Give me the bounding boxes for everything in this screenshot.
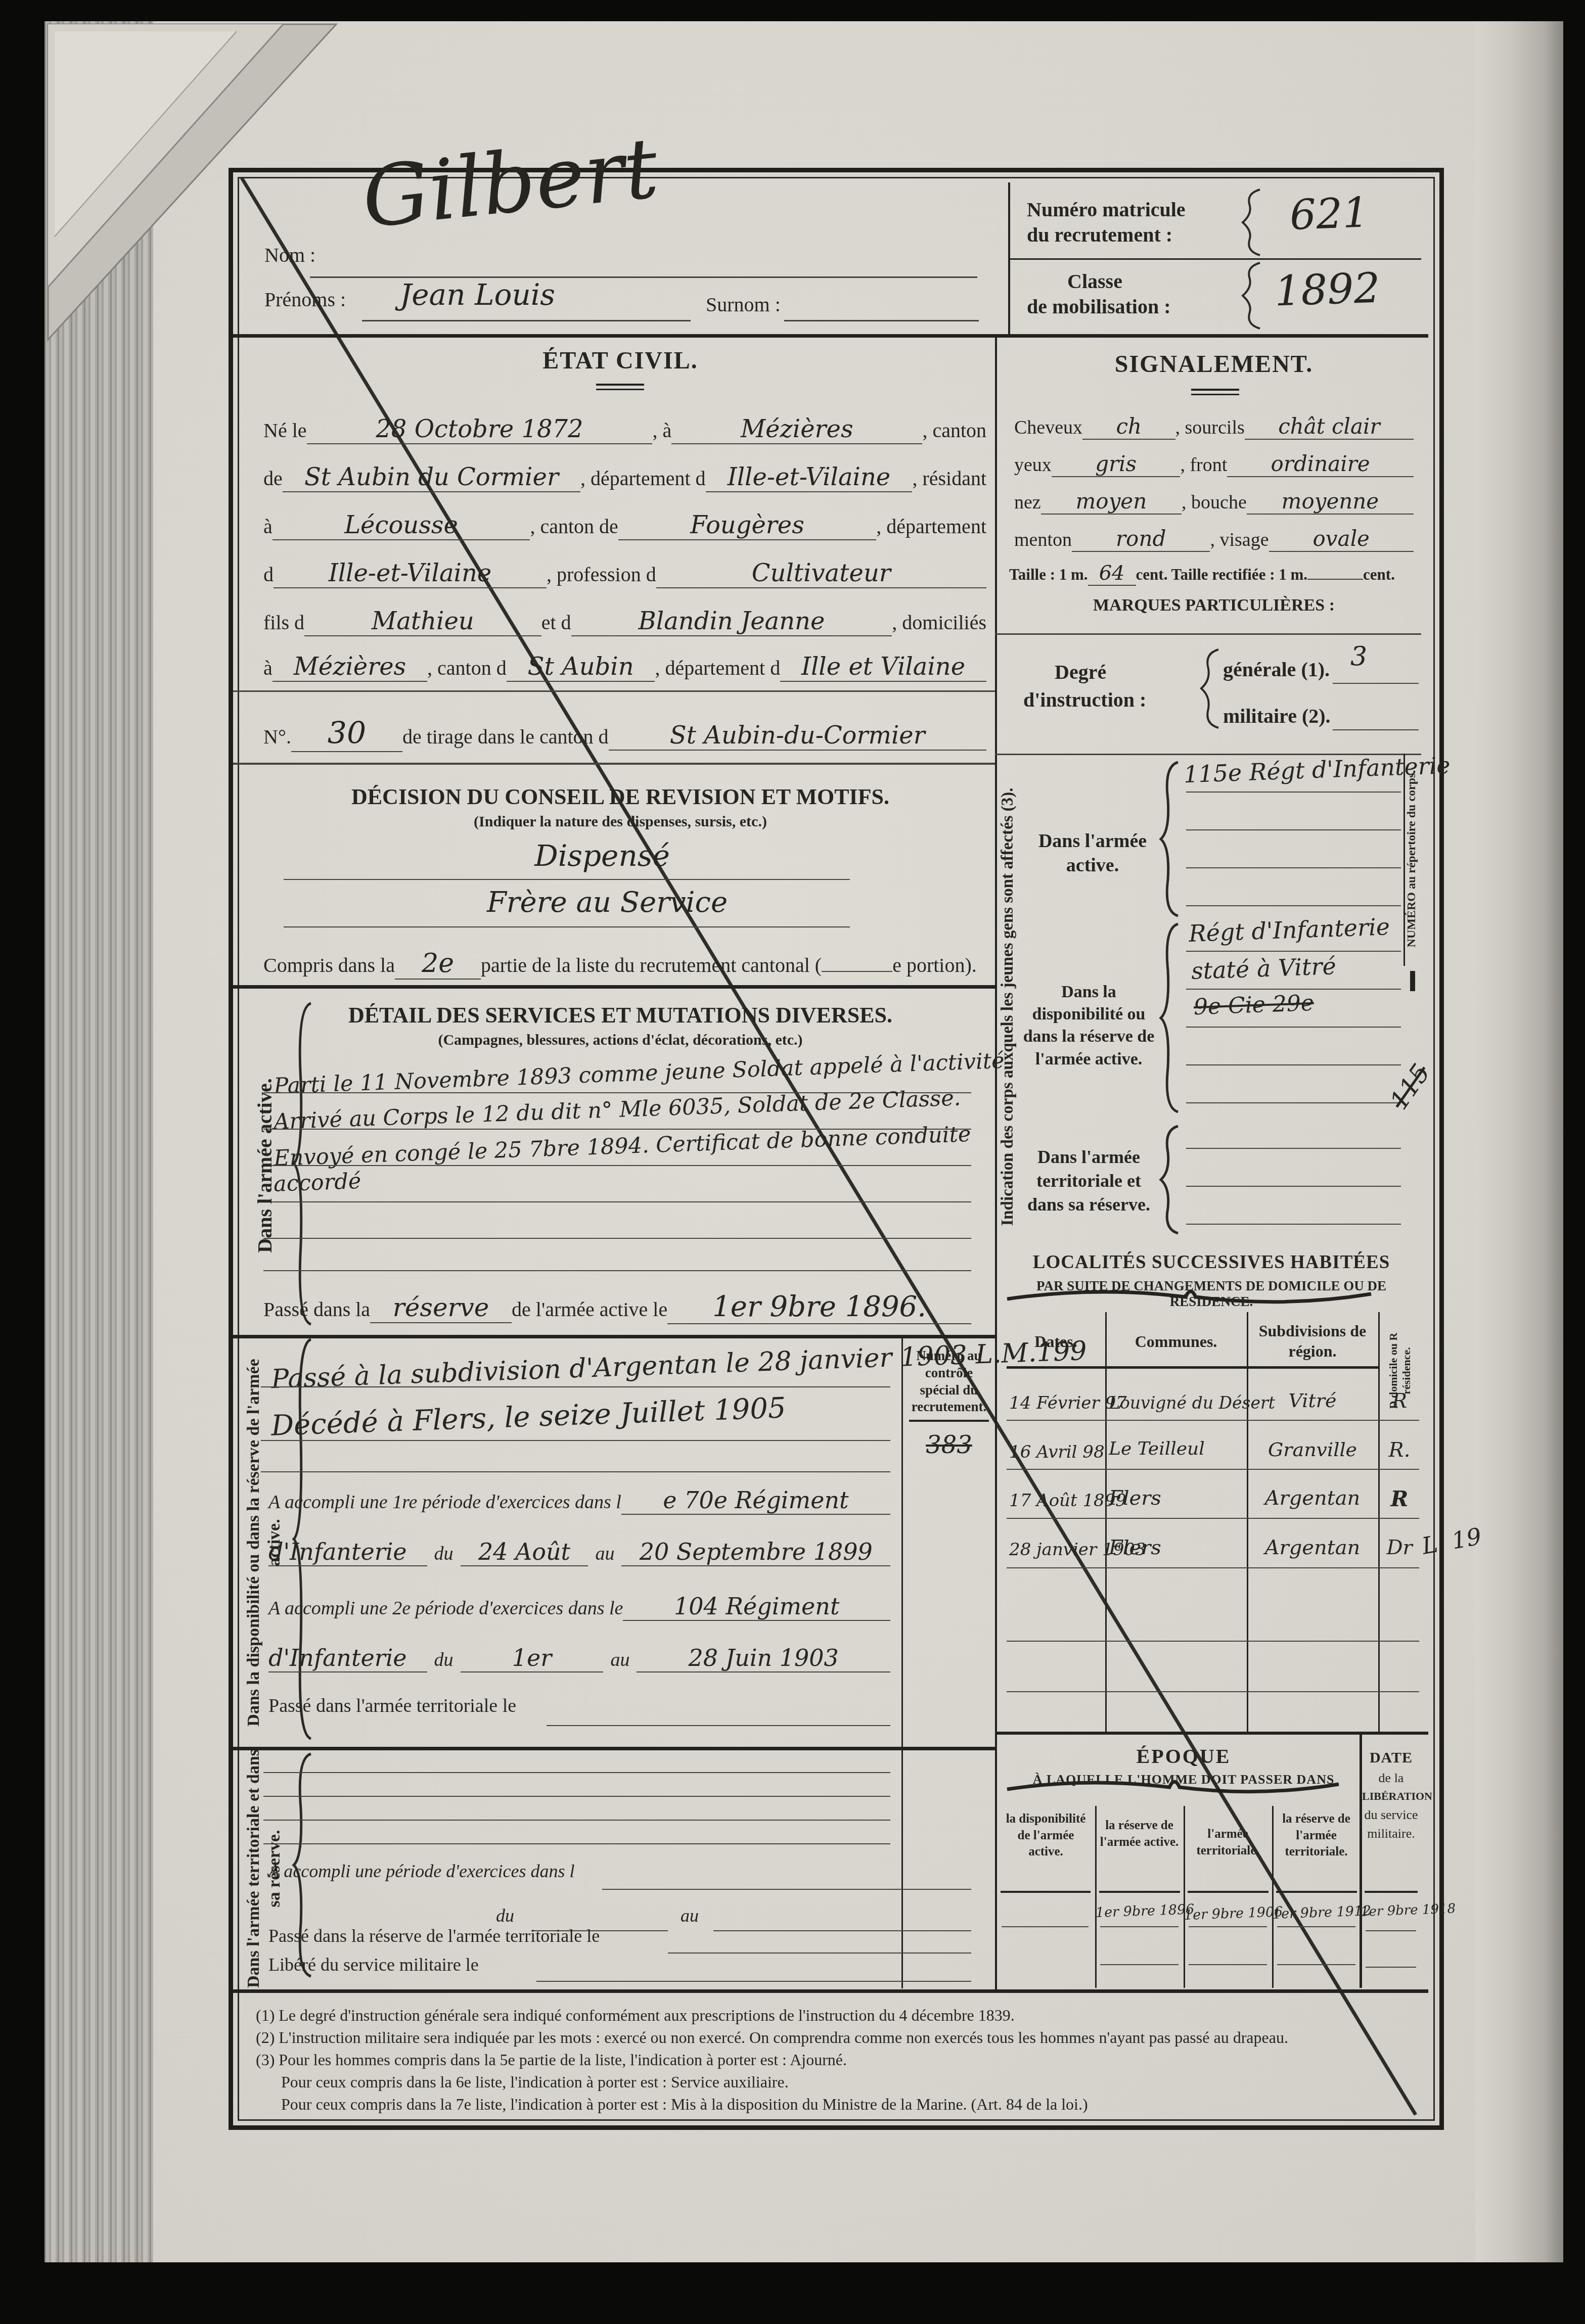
epoque-top-divider: [995, 1732, 1428, 1735]
compris-p2: partie de la liste du recrutement canton…: [481, 953, 822, 977]
dispo-divider: [233, 1747, 995, 1750]
ec-r1-h2: Mézières: [671, 415, 922, 444]
localites-h-dates: Dates.: [1007, 1332, 1105, 1351]
epoque-c2-rule: [1099, 1891, 1180, 1893]
sig-bouche-label: , bouche: [1182, 491, 1247, 514]
localites-subtitle: PAR SUITE DE CHANGEMENTS DE DOMICILE OU …: [1007, 1278, 1416, 1310]
localites-col-line-3: [1378, 1312, 1380, 1732]
controle-value: 383: [907, 1431, 991, 1459]
corps-b-rule-5: [1186, 1102, 1401, 1103]
compris-p1: Compris dans la: [263, 953, 395, 977]
footnote-2: (2) L'instruction militaire sera indiqué…: [256, 2028, 1414, 2047]
ec-r6-p1: à: [263, 656, 273, 680]
degre-generale-label: générale (1).: [1223, 658, 1330, 681]
decision-note: (Indiquer la nature des dispenses, sursi…: [246, 813, 995, 830]
etat-civil-rule: [596, 384, 644, 390]
ec-r1-p3: , canton: [922, 419, 986, 442]
corps-dispo-value-3: 9e Cie 29e: [1193, 990, 1314, 1020]
signalement-rule: [1191, 389, 1239, 395]
register-card: Gilbert Nom : Prénoms : Jean Louis Surno…: [229, 168, 1444, 2130]
loc-r4-rule: [1007, 1567, 1419, 1568]
loc-blank-rule-1: [1007, 1641, 1419, 1642]
terr-passage-rule: [547, 1725, 890, 1726]
classe-value: 1892: [1274, 264, 1381, 315]
sig-visage-label: , visage: [1210, 529, 1269, 551]
decision-divider: [233, 985, 995, 989]
corps-dispo-value-1: Régt d'Infanterie: [1188, 913, 1390, 947]
tirage-canton-value: St Aubin-du-Cormier: [609, 721, 986, 751]
decision-title: DÉCISION DU CONSEIL DE REVISION ET MOTIF…: [246, 784, 995, 810]
loc-r2-dr: R.: [1380, 1438, 1419, 1462]
sig-sourcils-label: , sourcils: [1175, 416, 1245, 439]
periode1-label: A accompli une 1re période d'exercices d…: [268, 1491, 621, 1513]
sig-bouche-value: moyenne: [1247, 489, 1414, 515]
periode1-infanterie: d'Infanterie: [268, 1538, 427, 1566]
numrep-tick: [1410, 971, 1415, 991]
sig-yeux-value: gris: [1052, 451, 1181, 477]
epoque-c4-blank: [1277, 1964, 1355, 1965]
degre-generale-value: 3: [1350, 641, 1367, 672]
sig-visage-value: ovale: [1269, 526, 1414, 552]
page-right-fold-edge: [1475, 21, 1563, 2262]
epoque-c1-vrule: [1002, 1926, 1089, 1927]
side-label-disponibilite: Dans la disponibilité ou dans la réserve…: [241, 1335, 288, 1750]
terr-periode-rule: [602, 1889, 971, 1890]
ec-r6-p2: , canton d: [427, 656, 507, 680]
corps-b-rule-1: [1186, 951, 1401, 952]
epoque-c2-value: 1er 9bre 1896: [1096, 1902, 1183, 1921]
terr-du-label: du: [496, 1905, 514, 1926]
terr-blank-3: [263, 1820, 890, 1821]
footnote-5: Pour ceux compris dans la 7e liste, l'in…: [281, 2095, 1414, 2114]
corps-c-rule-3: [1186, 1224, 1401, 1225]
epoque-date-value: 1er 9bre 1918: [1361, 1902, 1419, 1920]
localites-col-line-2: [1247, 1312, 1248, 1732]
terr-blank-1: [263, 1772, 890, 1773]
surnom-label: Surnom :: [706, 293, 781, 316]
epoque-col-line-1: [1095, 1806, 1097, 1988]
ec-r3-h2: Fougères: [618, 511, 877, 540]
terr-reserve-label: Passé dans la réserve de l'armée territo…: [268, 1925, 600, 1946]
epoque-c3-header: l'armée territoriale.: [1186, 1826, 1270, 1859]
periode2-regiment: 104 Régiment: [623, 1593, 890, 1621]
services-rule-6: [263, 1270, 971, 1271]
ec-r1-p2: , à: [652, 419, 671, 442]
epoque-date-rule: [1365, 1891, 1418, 1893]
loc-r4-commune: Flers: [1109, 1536, 1161, 1559]
taille-label: Taille : 1 m.: [1009, 566, 1088, 584]
degre-generale-rule: [1333, 683, 1419, 684]
epoque-c1-rule: [1001, 1891, 1091, 1893]
loc-r1-dr: R: [1380, 1389, 1419, 1413]
epoque-date-h1: DATE: [1362, 1749, 1420, 1767]
terr-passage-label: Passé dans l'armée territoriale le: [268, 1695, 516, 1717]
degre-label-2: d'instruction :: [1023, 688, 1146, 712]
controle-header: Numéro au contrôle spécial du recrutemen…: [907, 1347, 991, 1416]
ec-r3-p3: , département: [876, 515, 986, 538]
sig-sourcils-value: chât clair: [1245, 414, 1414, 440]
localites-col-line-1: [1105, 1312, 1107, 1732]
taille-cent-label: cent.: [1363, 566, 1395, 584]
epoque-c4-header: la réserve de l'armée territoriale.: [1275, 1811, 1358, 1861]
side-label-territoriale: Dans l'armée territoriale et dans sa rés…: [241, 1747, 288, 1990]
tirage-canton-label: de tirage dans le canton d: [402, 725, 609, 749]
corps-margin-scribble: 115: [1384, 1058, 1436, 1114]
loc-r1-subdiv: Vitré: [1249, 1389, 1376, 1412]
ec-r1-h1: 28 Octobre 1872: [307, 415, 653, 444]
nom-label: Nom :: [264, 243, 315, 267]
loc-r2-date: 16 Avril 98: [1009, 1442, 1105, 1462]
prenoms-value: Jean Louis: [400, 277, 555, 312]
loc-r3-rule: [1007, 1518, 1419, 1519]
loc-r2-commune: Le Teilleul: [1109, 1438, 1205, 1459]
sig-nez-value: moyen: [1041, 489, 1182, 515]
corps-a-rule-2: [1186, 829, 1401, 830]
decede-rule: [261, 1440, 890, 1441]
corps-b-rule-4: [1186, 1064, 1401, 1065]
libere-rule: [536, 1981, 971, 1982]
tirage-bottom-line: [233, 763, 995, 765]
terr-periode-label: A accompli une période d'exercices dans …: [268, 1861, 575, 1882]
sig-cheveux-value: ch: [1082, 414, 1175, 440]
epoque-date-h5: militaire.: [1362, 1826, 1420, 1841]
controle-header-rule: [909, 1420, 989, 1422]
loc-blank-rule-2: [1007, 1691, 1419, 1692]
corps-a-rule-3: [1186, 867, 1401, 868]
periode2-du: du: [427, 1649, 461, 1671]
loc-r4-subdiv: Argentan: [1249, 1536, 1376, 1559]
marques-rule: [995, 633, 1421, 635]
compris-p3: e portion).: [892, 953, 977, 977]
sig-front-value: ordinaire: [1227, 451, 1414, 477]
loc-r4-dr: Dr: [1380, 1536, 1419, 1559]
header-divider: [233, 334, 1428, 338]
periode1-du-value: 24 Août: [461, 1538, 588, 1566]
book-spine-edge: [44, 21, 153, 2262]
services-rule-3: [263, 1165, 971, 1166]
periode2-au: au: [603, 1649, 637, 1671]
epoque-c4-vrule: [1277, 1926, 1355, 1927]
ec-r6-h3: Ille et Vilaine: [780, 653, 986, 682]
ec-r3-p2: , canton de: [530, 515, 618, 538]
epoque-c3-blank: [1189, 1964, 1267, 1965]
classe-label-2: de mobilisation :: [1027, 295, 1170, 318]
ec-r4-h1: Ille-et-Vilaine: [274, 559, 547, 588]
epoque-c2-header: la réserve de l'armée active.: [1098, 1818, 1181, 1850]
ec-r2-p2: , département d: [580, 467, 706, 490]
localites-h-subdivisions: Subdivisions de région.: [1249, 1321, 1376, 1361]
localites-header-rule: [1007, 1366, 1378, 1369]
footnote-divider: [233, 1989, 1428, 1993]
tirage-top-line: [233, 690, 995, 692]
ec-r2-h1: St Aubin du Cormier: [283, 463, 580, 492]
terr-blank-2: [263, 1796, 890, 1797]
periode1-au-value: 20 Septembre 1899: [621, 1538, 890, 1566]
ec-r4-h2: Cultivateur: [656, 559, 986, 588]
decision-line-1: [284, 879, 850, 880]
ec-r2-p3: , résidant: [912, 467, 986, 490]
compris-portion-blank: [822, 971, 892, 972]
ec-r6-h1: Mézières: [273, 653, 427, 682]
terr-reserve-rule: [668, 1953, 971, 1954]
periode2-au-value: 28 Juin 1903: [637, 1644, 890, 1672]
ec-r6-p3: , département d: [655, 656, 780, 680]
epoque-date-h3: LIBÉRATION: [1362, 1790, 1420, 1803]
libere-label: Libéré du service militaire le: [268, 1954, 479, 1975]
controle-col-divider: [901, 1338, 903, 1988]
corps-c-rule-2: [1186, 1186, 1401, 1187]
epoque-c4-value: 1er 9bre 1912: [1273, 1903, 1359, 1922]
periode2-infanterie: d'Infanterie: [268, 1644, 427, 1672]
tirage-no-label: N°.: [263, 725, 291, 749]
loc-r3-commune: Flers: [1109, 1486, 1161, 1510]
epoque-date-blank: [1366, 1967, 1416, 1968]
loc-r1-rule: [1007, 1420, 1419, 1421]
sig-front-label: , front: [1180, 454, 1227, 476]
loc-r3-dr: R: [1380, 1486, 1419, 1511]
taille-value: 64: [1088, 562, 1136, 586]
sig-nez-label: nez: [1014, 491, 1041, 514]
localites-title: LOCALITÉS SUCCESSIVES HABITÉES: [1007, 1251, 1416, 1273]
epoque-c2-vrule: [1100, 1926, 1179, 1927]
epoque-c3-vrule: [1189, 1926, 1267, 1927]
epoque-col-line-3: [1272, 1806, 1274, 1988]
decision-line-2: [284, 926, 850, 927]
corps-dispo-value-2: staté à Vitré: [1191, 952, 1336, 985]
corps-terr-label: Dans l'armée territoriale et dans sa rés…: [1019, 1145, 1158, 1216]
periode1-du: du: [427, 1543, 461, 1565]
epoque-c4-rule: [1276, 1891, 1357, 1893]
matricule-label-2: du recrutement :: [1027, 223, 1172, 247]
epoque-c1-header: la disponibilité de l'armée active.: [999, 1811, 1093, 1861]
ec-r2-h2: Ille-et-Vilaine: [706, 463, 913, 492]
compris-partie: 2e: [395, 948, 481, 980]
terr-au-label: au: [681, 1905, 699, 1926]
ec-r5-p2: et d: [541, 611, 571, 634]
reserve-h1: réserve: [370, 1293, 512, 1323]
epoque-title: ÉPOQUE: [1007, 1744, 1361, 1768]
corps-active-label: Dans l'armée active.: [1027, 829, 1158, 877]
reserve-p2: de l'armée active le: [512, 1297, 667, 1321]
ec-r5-p1: fils d: [263, 611, 304, 634]
services-rule-4: [263, 1201, 971, 1202]
footnote-4: Pour ceux compris dans la 6e liste, l'in…: [281, 2073, 1414, 2091]
epoque-c2-blank: [1100, 1964, 1179, 1965]
numrep-label: NUMÉRO au répertoire du corps.: [1398, 753, 1426, 965]
ec-r2-p1: de: [263, 467, 283, 490]
terr-au-rule: [713, 1930, 971, 1931]
tirage-no-value: 30: [291, 716, 402, 752]
ec-r3-p1: à: [263, 515, 273, 538]
services-title: DÉTAIL DES SERVICES ET MUTATIONS DIVERSE…: [246, 1002, 995, 1028]
degre-militaire-label: militaire (2).: [1223, 704, 1331, 728]
epoque-c3-value: 1er 9bre 1906: [1184, 1904, 1272, 1923]
loc-r2-subdiv: Granville: [1249, 1438, 1376, 1461]
ec-r4-p1: d: [263, 563, 274, 586]
periode1-regiment: e 70e Régiment: [621, 1486, 890, 1515]
epoque-subtitle: À LAQUELLE L'HOMME DOIT PASSER DANS: [1007, 1772, 1361, 1787]
epoque-c3-rule: [1188, 1891, 1269, 1893]
degre-label-1: Degré: [1055, 660, 1106, 684]
periode1-au: au: [588, 1543, 621, 1565]
scanned-register-sheet: L. 19 Gilbert Nom : Prénoms : Jean Louis…: [0, 0, 1585, 2324]
sig-menton-label: menton: [1014, 529, 1072, 551]
corps-a-rule-1: [1186, 792, 1401, 793]
ec-r3-h1: Lécousse: [273, 511, 530, 540]
sig-menton-value: rond: [1072, 526, 1210, 552]
services-rule-5: [263, 1238, 971, 1239]
services-note: (Campagnes, blessures, actions d'éclat, …: [246, 1032, 995, 1049]
etat-civil-title: ÉTAT CIVIL.: [246, 347, 995, 375]
footnote-3: (3) Pour les hommes compris dans la 5e p…: [256, 2051, 1414, 2069]
epoque-col-line-2: [1184, 1806, 1185, 1988]
corps-dispo-label: Dans la disponibilité ou dans la réserve…: [1019, 981, 1158, 1071]
loc-r2-rule: [1007, 1469, 1419, 1470]
loc-r3-subdiv: Argentan: [1249, 1486, 1376, 1510]
periode2-label: A accompli une 2e période d'exercices da…: [268, 1597, 623, 1619]
sig-yeux-label: yeux: [1014, 454, 1052, 476]
corps-c-rule-1: [1186, 1148, 1401, 1149]
marques-label: MARQUES PARTICULIÈRES :: [1007, 596, 1421, 615]
decision-frere: Frère au Service: [359, 886, 855, 919]
services-line-4: accordé: [273, 1169, 361, 1197]
epoque-date-h4: du service: [1362, 1807, 1420, 1823]
prenoms-line: [362, 320, 691, 321]
epoque-date-vrule: [1366, 1930, 1416, 1931]
sig-cheveux-label: Cheveux: [1014, 416, 1082, 439]
subdivision-rule: [261, 1386, 890, 1387]
reserve-h2: 1er 9bre 1896.: [667, 1290, 971, 1324]
terr-blank-4: [263, 1843, 890, 1844]
decision-dispense: Dispensé: [400, 839, 804, 873]
ec-r5-h2: Blandin Jeanne: [571, 607, 892, 636]
taille-rectifiee-label: cent. Taille rectifiée : 1 m.: [1136, 566, 1307, 584]
localites-h-communes: Communes.: [1105, 1332, 1247, 1351]
corps-b-rule-3: [1186, 1027, 1401, 1028]
reserve-divider: [233, 1335, 995, 1338]
degre-militaire-rule: [1333, 729, 1419, 730]
ec-r1-p1: Né le: [263, 419, 307, 442]
prenoms-label: Prénoms :: [264, 288, 346, 311]
decede-entry: Décédé à Flers, le seize Juillet 1905: [270, 1391, 786, 1443]
matricule-label-1: Numéro matricule: [1027, 198, 1186, 221]
periode2-du-value: 1er: [461, 1644, 604, 1672]
ec-r5-p3: , domiciliés: [892, 611, 986, 634]
taille-rectifiee-blank: [1307, 579, 1363, 580]
corps-a-rule-4: [1186, 905, 1401, 906]
corps-b-rule-2: [1186, 989, 1401, 990]
side-label-armee-active: Dans l'armée active.: [247, 1004, 282, 1327]
epoque-date-h2: de la: [1362, 1771, 1420, 1786]
ec-r5-h1: Mathieu: [304, 607, 541, 636]
classe-label-1: Classe: [1067, 269, 1122, 293]
surnom-line: [784, 320, 979, 321]
matricule-value: 621: [1289, 189, 1370, 239]
matricule-box-mid-line: [1008, 258, 1421, 260]
corps-side-label: Indication des corps auxquels les jeunes…: [994, 764, 1021, 1249]
signalement-title: SIGNALEMENT.: [1007, 350, 1421, 378]
footnote-1: (1) Le degré d'instruction générale sera…: [256, 2006, 1414, 2025]
ec-r4-p2: , profession d: [547, 563, 656, 586]
dispo-blank-rule: [261, 1471, 890, 1472]
ec-r6-h2: St Aubin: [507, 653, 655, 682]
